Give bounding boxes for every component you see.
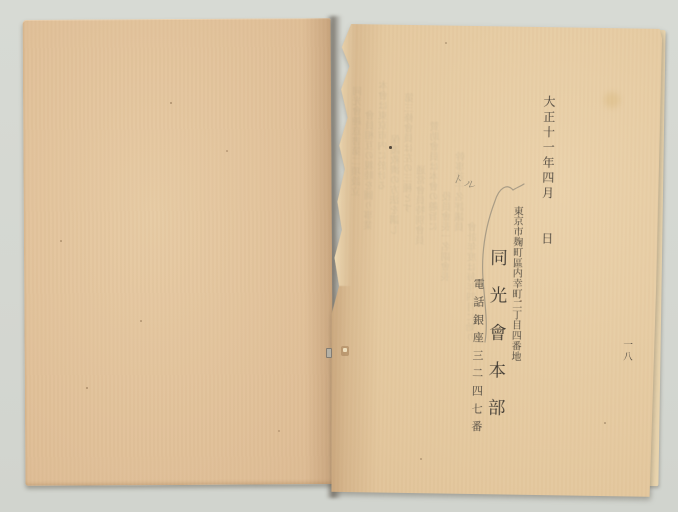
- foxing-speck: [445, 42, 447, 44]
- foxing-speck: [60, 240, 62, 242]
- date-column: 大正十一年四月 日: [539, 95, 558, 247]
- foxing-speck: [140, 320, 142, 322]
- telephone-column: 電話銀座三二四七番: [468, 278, 487, 438]
- staple: [326, 348, 332, 358]
- foxing-speck: [420, 458, 422, 460]
- scanned-booklet-spread: 同光會趣意書第二項設立會員相互の親睦を圖り事業本會は東京市内に於ける保護救濟の方…: [0, 0, 678, 512]
- foxing-speck: [170, 102, 172, 104]
- foxing-speck: [520, 300, 522, 302]
- date-text: 大正十一年四月: [540, 95, 556, 202]
- organization-name: 同光會本部: [484, 248, 512, 436]
- paper-stain: [604, 92, 620, 108]
- folio-page-number: 一八: [619, 339, 633, 363]
- ink-speck: [389, 146, 392, 149]
- binding-tear-highlight: [343, 348, 347, 352]
- bleedthrough-text: 同光會趣意書第二項設立會員相互の親睦を圖り事業本會は東京市内に於ける保護救濟の方…: [347, 80, 485, 454]
- foxing-speck: [86, 387, 88, 389]
- left-page-blank: [23, 18, 334, 486]
- foxing-speck: [226, 150, 228, 152]
- day-label: 日: [540, 232, 554, 247]
- foxing-speck: [278, 430, 280, 432]
- foxing-speck: [604, 422, 606, 424]
